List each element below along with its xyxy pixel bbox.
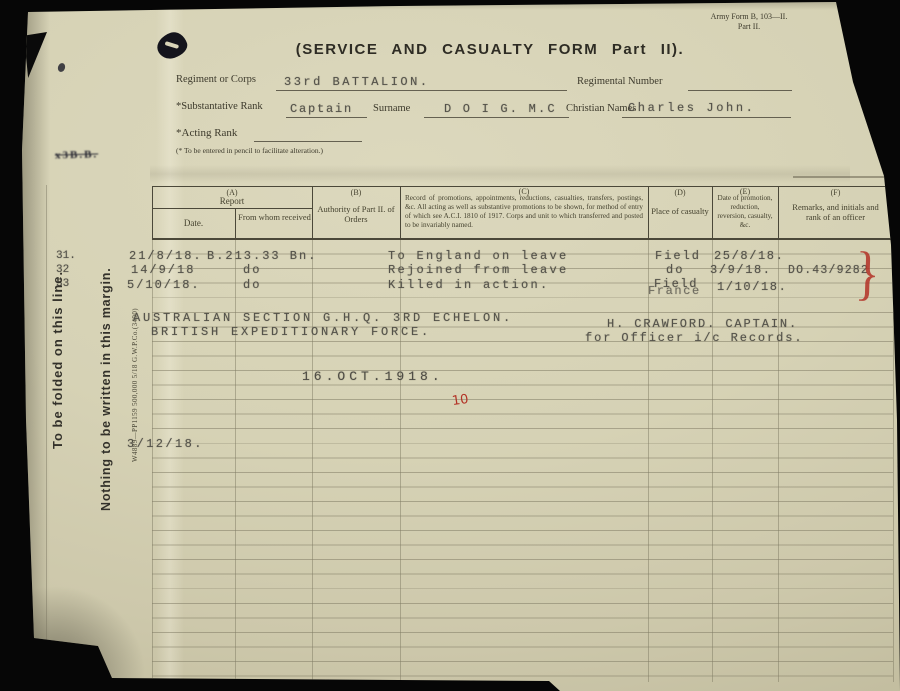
ink-speck — [57, 62, 67, 73]
fold-instruction-text: To be folded on this line. — [50, 271, 65, 449]
row-32-report-date: 14/9/18 — [131, 263, 195, 277]
body-line-left — [152, 240, 153, 682]
row-32-authority: do — [243, 263, 261, 277]
col-b-tag: (B) — [312, 188, 400, 197]
officer-signature-line1: H. CRAWFORD. CAPTAIN. — [607, 317, 798, 331]
overlapping-sheet-edge — [793, 176, 893, 178]
regiment-underline — [276, 90, 567, 91]
red-number-annotation: 10 — [451, 392, 469, 409]
report-subcolumn-divider — [235, 208, 236, 240]
section-line1: AUSTRALIAN SECTION G.H.Q. 3RD ECHELON. — [133, 311, 513, 325]
top-edge-shadow — [0, 0, 900, 10]
row-32-place: do — [666, 263, 684, 277]
regimental-number-underline — [688, 90, 792, 91]
regimental-number-label: Regimental Number — [577, 76, 662, 87]
section-line2: BRITISH EXPEDITIONARY FORCE. — [151, 325, 431, 339]
row-33-event-date: 1/10/18. — [717, 280, 787, 294]
regiment-label: Regiment or Corps — [176, 74, 256, 85]
substantive-rank-label: *Substantative Rank — [176, 101, 263, 112]
bottom-left-shadow — [16, 585, 146, 690]
margin-instruction-text: Nothing to be written in this margin. — [99, 268, 113, 511]
acting-rank-underline — [254, 141, 362, 142]
army-form-reference-line1: Army Form B, 103—II. — [700, 12, 798, 22]
row-32-event-date: 3/9/18. — [710, 263, 772, 277]
margin-number-31: 31. — [56, 250, 76, 262]
col-b-title: Authority of Part II. of Orders — [316, 204, 396, 224]
date-stamp: 16.OCT.1918. — [302, 369, 444, 384]
row-31-place: Field — [655, 249, 701, 263]
row-33-authority: do — [243, 278, 261, 292]
smudged-stamp: x3B.B. — [55, 148, 98, 161]
col-a-title: Report — [152, 196, 312, 206]
row-33-report-date: 5/10/18. — [127, 278, 201, 292]
printer-imprint: W4889—PP1159 500,000 5/18 G.W.P.Co.(3490… — [131, 308, 139, 462]
row-31-record: To England on leave — [388, 249, 569, 263]
col-a-from-subheader: From whom received — [237, 213, 312, 223]
row-32-record: Rejoined from leave — [388, 263, 569, 277]
ink-blot-highlight — [165, 41, 180, 49]
fold-line — [46, 185, 47, 640]
body-line-d — [648, 240, 649, 682]
row-31-authority: B.213.33 Bn. — [207, 249, 317, 263]
col-f-tag: (F) — [778, 188, 893, 197]
rank-underline — [286, 117, 367, 118]
row-31-report-date: 21/8/18. — [129, 249, 203, 263]
scanned-document: Army Form B, 103—II. Part II. (SERVICE A… — [0, 0, 900, 691]
col-f-title: Remarks, and initials and rank of an off… — [788, 202, 883, 222]
form-title: (SERVICE AND CASUALTY FORM Part II). — [245, 41, 735, 58]
christian-names-underline — [622, 117, 791, 118]
surname-underline — [424, 117, 569, 118]
body-line-right — [893, 240, 894, 682]
body-line-b — [312, 240, 313, 682]
row-31-event-date: 25/8/18. — [714, 249, 784, 263]
col-a-date-subheader: Date. — [152, 218, 235, 228]
report-subheader-line — [152, 208, 312, 209]
col-c-title: Record of promotions, appointments, redu… — [405, 194, 643, 230]
christian-names-label: Christian Names — [566, 103, 636, 114]
red-bracket-annotation: } — [854, 243, 880, 304]
row-33-record: Killed in action. — [388, 278, 550, 292]
surname-label: Surname — [373, 103, 410, 114]
paper-sheet: Army Form B, 103—II. Part II. (SERVICE A… — [0, 0, 900, 691]
horizontal-crease — [150, 165, 850, 183]
acting-rank-label: *Acting Rank — [176, 127, 237, 139]
christian-names-value: Charles John. — [628, 101, 755, 115]
army-form-reference-line2: Part II. — [700, 22, 798, 32]
rank-value: Captain — [290, 102, 353, 116]
col-d-title: Place of casualty — [650, 206, 710, 216]
army-form-reference: Army Form B, 103—II. Part II. — [700, 12, 798, 31]
body-line-a — [235, 240, 236, 682]
body-line-e — [712, 240, 713, 682]
col-e-title: Date of promotion, reduction, reversion,… — [716, 194, 774, 230]
surname-value: D O I G. M.C — [444, 102, 557, 116]
body-line-f — [778, 240, 779, 682]
row-33-place-overtyped: France — [648, 284, 701, 298]
col-d-tag: (D) — [648, 188, 712, 197]
regiment-value: 33rd BATTALION. — [284, 75, 430, 89]
body-line-c — [400, 240, 401, 682]
ruled-lines — [152, 240, 893, 682]
officer-signature-line2: for Officer i/c Records. — [585, 331, 803, 345]
acting-rank-note: (* To be entered in pencil to facilitate… — [176, 146, 323, 155]
